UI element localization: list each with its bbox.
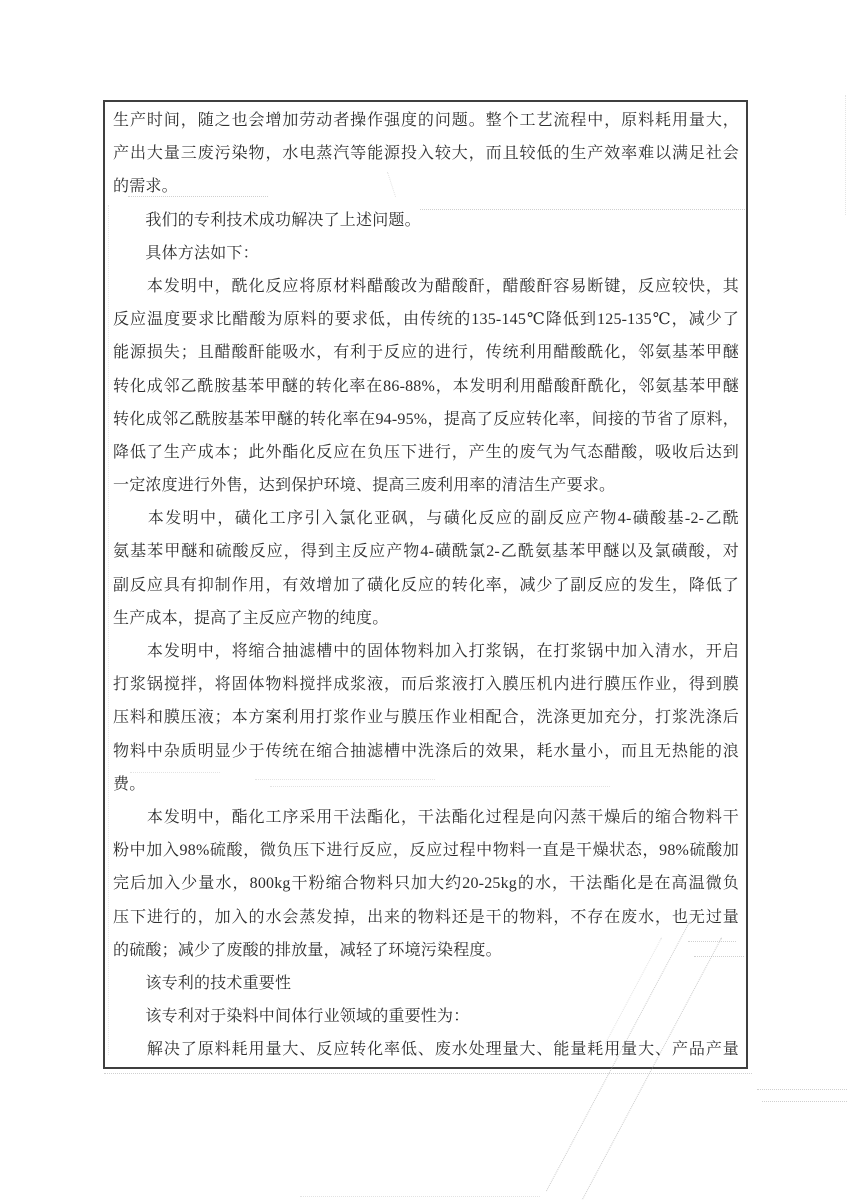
scan-artifact-dotted-line: [757, 1089, 847, 1090]
text-line: 我们的专利技术成功解决了上述问题。: [113, 204, 739, 237]
text-line: 打浆锅搅拌，将固体物料搅拌成浆液，而后浆液打入膜压机内进行膜压作业，得到膜: [113, 668, 739, 701]
text-line: 产出大量三废污染物，水电蒸汽等能源投入较大，而且较低的生产效率难以满足社会: [113, 137, 739, 170]
text-line: 本发明中，将缩合抽滤槽中的固体物料加入打浆锅，在打浆锅中加入清水，开启: [113, 635, 739, 668]
text-line: 物料中杂质明显少于传统在缩合抽滤槽中洗涤后的效果，耗水量小，而且无热能的浪: [113, 735, 739, 768]
patent-description-box: 生产时间，随之也会增加劳动者操作强度的问题。整个工艺流程中，原料耗用量大， 产出…: [103, 100, 748, 1069]
scan-artifact-under-border: [104, 1073, 752, 1074]
scan-artifact-dotted-line: [762, 1101, 847, 1102]
text-line: 生产时间，随之也会增加劳动者操作强度的问题。整个工艺流程中，原料耗用量大，: [113, 104, 739, 137]
text-line: 具体方法如下：: [113, 237, 739, 270]
text-line: 费。: [113, 768, 739, 801]
text-line: 该专利的技术重要性: [113, 967, 739, 1000]
text-line: 粉中加入98%硫酸，微负压下进行反应，反应过程中物料一直是干燥状态，98%硫酸加: [113, 834, 739, 867]
text-line: 副反应具有抑制作用，有效增加了磺化反应的转化率，减少了副反应的发生，降低了: [113, 569, 739, 602]
text-line: 的需求。: [113, 170, 739, 203]
scan-artifact-bottom-edge: [300, 1196, 540, 1197]
text-line: 压下进行的，加入的水会蒸发掉，出来的物料还是干的物料，不存在废水，也无过量: [113, 901, 739, 934]
text-line: 一定浓度进行外售，达到保护环境、提高三废利用率的清洁生产要求。: [113, 469, 739, 502]
text-line: 本发明中，酯化工序采用干法酯化，干法酯化过程是向闪蒸干燥后的缩合物料干: [113, 801, 739, 834]
text-line: 生产成本，提高了主反应产物的纯度。: [113, 602, 739, 635]
text-line: 解决了原料耗用量大、反应转化率低、废水处理量大、能量耗用量大、产品产量: [113, 1033, 739, 1066]
text-line: 反应温度要求比醋酸为原料的要求低，由传统的135-145℃降低到125-135℃…: [113, 303, 739, 336]
text-line: 氨基苯甲醚和硫酸反应，得到主反应产物4-磺酰氯2-乙酰氨基苯甲醚以及氯磺酸，对: [113, 535, 739, 568]
text-line: 能源损失；且醋酸酐能吸水，有利于反应的进行，传统利用醋酸酰化，邻氨基苯甲醚: [113, 336, 739, 369]
scanned-document-page: 生产时间，随之也会增加劳动者操作强度的问题。整个工艺流程中，原料耗用量大， 产出…: [0, 0, 849, 1200]
scan-artifact-right-edge: [845, 95, 846, 215]
text-line: 压料和膜压液；本方案利用打浆作业与膜压作业相配合，洗涤更加充分，打浆洗涤后: [113, 701, 739, 734]
text-line: 转化成邻乙酰胺基苯甲醚的转化率在86-88%，本发明利用醋酸酐酰化，邻氨基苯甲醚: [113, 370, 739, 403]
text-line: 本发明中，酰化反应将原材料醋酸改为醋酸酐，醋酸酐容易断键，反应较快，其: [113, 270, 739, 303]
text-line: 的硫酸；减少了废酸的排放量，减轻了环境污染程度。: [113, 934, 739, 967]
text-line: 降低了生产成本；此外酯化反应在负压下进行，产生的废气为气态醋酸，吸收后达到: [113, 436, 739, 469]
text-line: 该专利对于染料中间体行业领域的重要性为：: [113, 1000, 739, 1033]
text-line: 完后加入少量水，800kg干粉缩合物料只加大约20-25kg的水，干法酯化是在高…: [113, 867, 739, 900]
text-line: 本发明中，磺化工序引入氯化亚砜，与磺化反应的副反应产物4-磺酸基-2-乙酰: [113, 502, 739, 535]
text-line: 转化成邻乙酰胺基苯甲醚的转化率在94-95%，提高了反应转化率，间接的节省了原料…: [113, 403, 739, 436]
